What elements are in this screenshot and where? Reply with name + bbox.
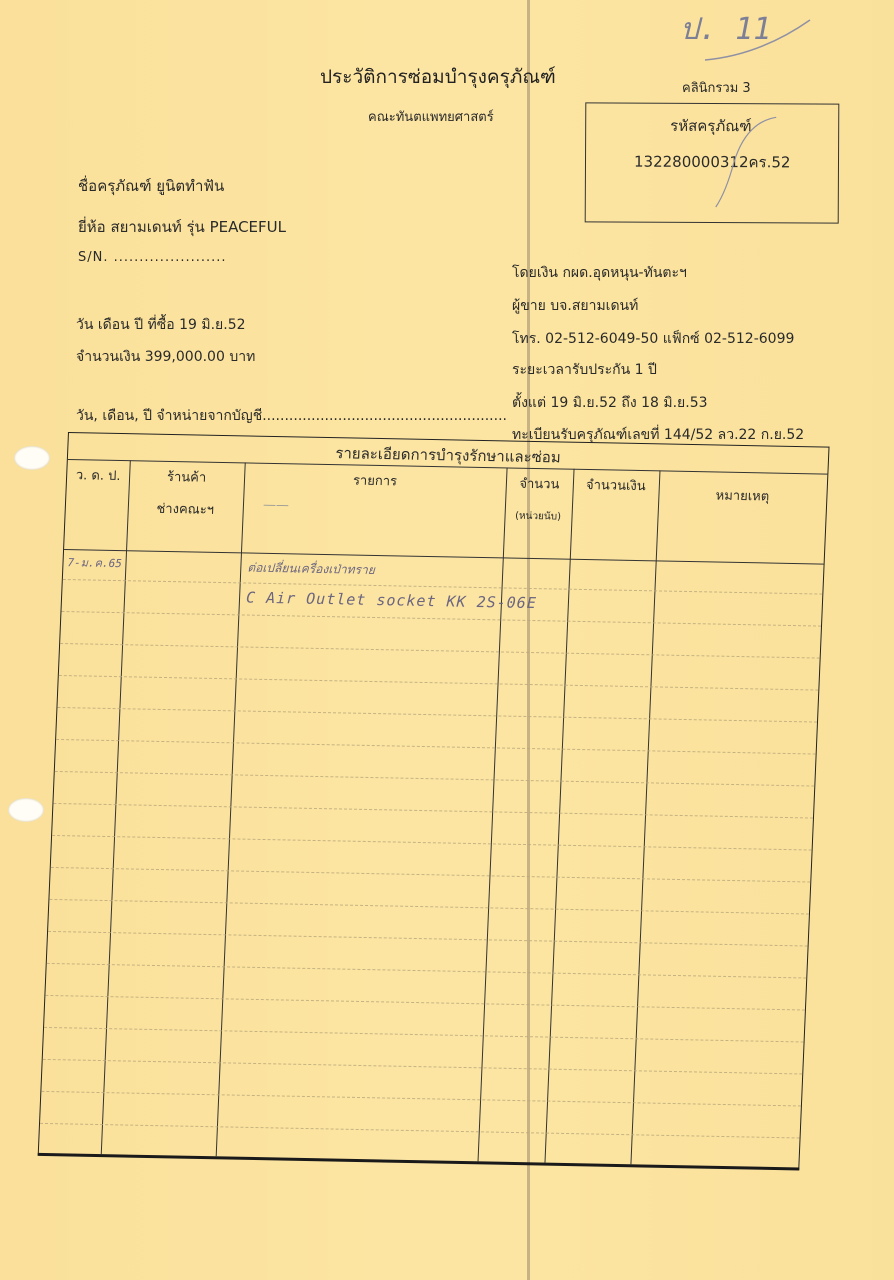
ruled-line bbox=[60, 643, 820, 659]
column-header-sub: (หน่วยนับ) bbox=[504, 503, 572, 530]
ruled-line bbox=[53, 803, 813, 819]
column-header-label: จำนวนเงิน bbox=[572, 473, 659, 501]
column-header-label: ร้านค้า bbox=[129, 464, 245, 492]
column-header-qty: จำนวน(หน่วยนับ) bbox=[503, 467, 574, 562]
column-divider bbox=[630, 470, 660, 1164]
asset-code-box: รหัสครุภัณฑ์ 132280000312คร.52 bbox=[585, 102, 840, 223]
ruled-line bbox=[45, 995, 805, 1011]
purchase-date: วัน เดือน ปี ที่ซื้อ 19 มิ.ย.52 bbox=[76, 314, 246, 336]
warranty-period: ตั้งแต่ 19 มิ.ย.52 ถึง 18 มิ.ย.53 bbox=[512, 392, 708, 414]
column-header-label: หมายเหตุ bbox=[658, 482, 827, 511]
column-header-amount: จำนวนเงิน bbox=[570, 469, 660, 565]
disposal-date: วัน, เดือน, ปี จำหน่ายจากบัญชี..........… bbox=[76, 405, 507, 427]
column-header-shop: ร้านค้าช่างคณะฯ bbox=[126, 460, 245, 556]
ruled-line bbox=[43, 1059, 803, 1075]
column-header-sub: —— bbox=[242, 492, 505, 523]
punch-hole bbox=[8, 798, 44, 822]
column-header-label: ว. ด. ป. bbox=[67, 463, 130, 490]
column-header-sub: ช่างคณะฯ bbox=[127, 496, 243, 524]
seller: ผู้ขาย บจ.สยามเดนท์ bbox=[512, 295, 638, 317]
column-header-label: จำนวน bbox=[505, 471, 573, 498]
column-divider bbox=[478, 467, 508, 1161]
ruled-line bbox=[57, 707, 817, 723]
ruled-line bbox=[56, 739, 816, 755]
warranty: ระยะเวลารับประกัน 1 ปี bbox=[512, 359, 657, 381]
ruled-line bbox=[61, 611, 821, 627]
equipment-name: ชื่อครุภัณฑ์ ยูนิตทำฟัน bbox=[78, 174, 224, 198]
handwritten-underline-icon bbox=[700, 10, 820, 65]
ruled-line bbox=[59, 675, 819, 691]
ruled-line bbox=[48, 931, 808, 947]
clinic-label: คลินิกรวม 3 bbox=[682, 77, 751, 98]
maintenance-table: รายละเอียดการบำรุงรักษาและซ่อม ว. ด. ป. … bbox=[38, 432, 830, 1170]
funding-source: โดยเงิน กผด.อุดหนุน-ทันตะฯ bbox=[512, 262, 687, 284]
ruled-line bbox=[40, 1123, 800, 1139]
ruled-line bbox=[51, 867, 811, 883]
ruled-line bbox=[52, 835, 812, 851]
ruled-line bbox=[41, 1091, 801, 1107]
page-title: ประวัติการซ่อมบำรุงครุภัณฑ์ bbox=[320, 62, 556, 92]
row-item: ต่อเปลี่ยนเครื่องเป่าทราย bbox=[247, 559, 375, 580]
column-divider bbox=[544, 469, 574, 1163]
punch-hole bbox=[14, 446, 50, 470]
handwritten-check-icon bbox=[706, 112, 787, 212]
faculty-label: คณะทันตแพทยศาสตร์ bbox=[368, 106, 494, 127]
column-header-item: รายการ—— bbox=[241, 462, 507, 561]
purchase-amount: จำนวนเงิน 399,000.00 บาท bbox=[76, 346, 255, 368]
seller-phone: โทร. 02-512-6049-50 แฟ็กซ์ 02-512-6099 bbox=[512, 328, 794, 350]
row-item: C Air Outlet socket KK 2S-06E bbox=[246, 589, 537, 613]
ruled-line bbox=[47, 963, 807, 979]
equipment-brand-model: ยี่ห้อ สยามเดนท์ รุ่น PEACEFUL bbox=[78, 215, 286, 239]
row-date: 7-ม.ค.65 bbox=[67, 553, 122, 572]
equipment-serial: S/N. ...................... bbox=[78, 250, 227, 265]
column-header-date: ว. ด. ป. bbox=[64, 459, 130, 554]
ruled-line bbox=[55, 771, 815, 787]
column-divider bbox=[216, 462, 246, 1156]
ruled-line bbox=[49, 899, 809, 915]
ruled-line bbox=[44, 1027, 804, 1043]
